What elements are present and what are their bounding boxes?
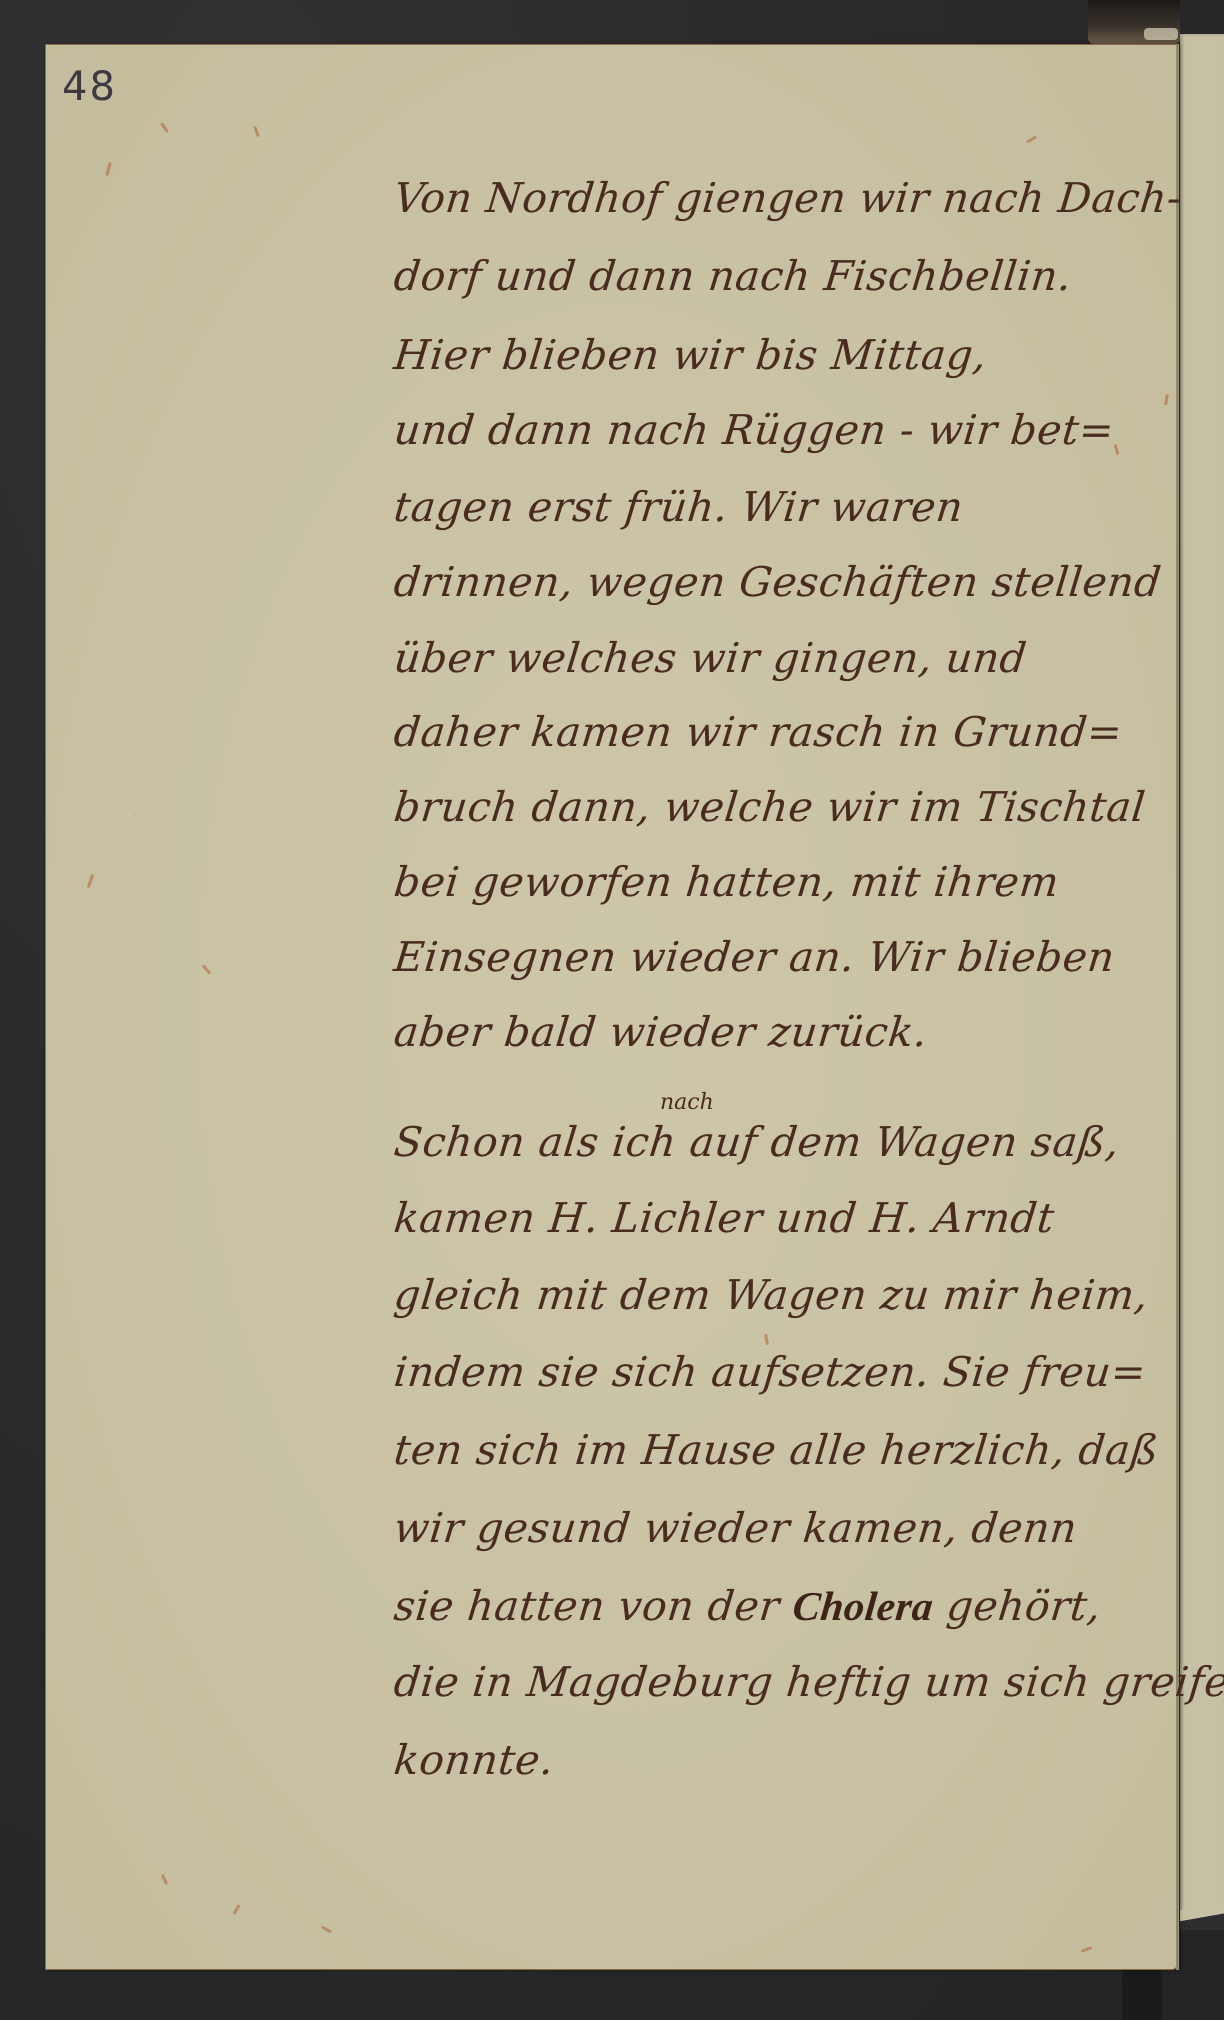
manuscript-line: daher kamen wir rasch in Grund= — [392, 712, 1124, 753]
adjacent-leaf-corner — [1180, 1910, 1224, 1930]
paper-fleck — [1081, 1946, 1092, 1953]
paper-fleck — [161, 1874, 168, 1885]
paper-fleck — [160, 122, 169, 133]
manuscript-line: und dann nach Rüggen - wir bet= — [392, 410, 1116, 451]
paper-fleck — [1164, 394, 1169, 405]
paper-fleck — [232, 1904, 240, 1915]
manuscript-line: sie hatten von der Cholera gehört, — [392, 1586, 1103, 1627]
manuscript-line: die in Magdeburg heftig um sich greifen — [392, 1662, 1224, 1703]
manuscript-line: wir gesund wieder kamen, denn — [392, 1508, 1079, 1549]
manuscript-line: drinnen, wegen Geschäften stellend — [392, 562, 1163, 603]
folio-number: 48 — [62, 64, 117, 110]
manuscript-line: konnte. — [392, 1740, 556, 1781]
paper-fleck — [202, 964, 211, 974]
latin-script-word: Cholera — [791, 1583, 936, 1629]
manuscript-line: indem sie sich aufsetzen. Sie freu= — [392, 1352, 1148, 1393]
manuscript-line: ten sich im Hause alle herzlich, daß — [392, 1430, 1161, 1471]
manuscript-line: kamen H. Lichler und H. Arndt — [392, 1198, 1056, 1239]
manuscript-line: dorf und dann nach Fischbellin. — [392, 256, 1074, 297]
manuscript-line: bruch dann, welche wir im Tischtal — [392, 787, 1147, 828]
manuscript-line: Von Nordhof giengen wir nach Dach- — [392, 178, 1184, 219]
paper-fleck — [87, 874, 95, 888]
paper-fleck — [1026, 135, 1037, 143]
manuscript-line: Hier blieben wir bis Mittag, — [392, 335, 989, 376]
interlinear-insertion: nach — [660, 1090, 714, 1115]
manuscript-line: über welches wir gingen, und — [392, 638, 1029, 679]
paper-fleck — [253, 126, 260, 137]
paper-fleck — [764, 1334, 769, 1345]
manuscript-line: bei geworfen hatten, mit ihrem — [392, 862, 1061, 903]
paper-fleck — [105, 162, 112, 176]
binding-clip — [1088, 0, 1180, 44]
adjacent-leaf — [1180, 34, 1224, 1914]
manuscript-line: Schon als ich auf dem Wagen saß, — [392, 1122, 1121, 1163]
manuscript-line: aber bald wieder zurück. — [392, 1012, 929, 1053]
paper-fleck — [321, 1925, 332, 1933]
paper-fleck — [1114, 444, 1120, 455]
manuscript-line: Einsegnen wieder an. Wir blieben — [392, 937, 1117, 978]
manuscript-line: tagen erst früh. Wir waren — [392, 487, 965, 528]
spine-shadow — [1122, 1965, 1162, 2020]
manuscript-line: gleich mit dem Wagen zu mir heim, — [392, 1275, 1150, 1316]
